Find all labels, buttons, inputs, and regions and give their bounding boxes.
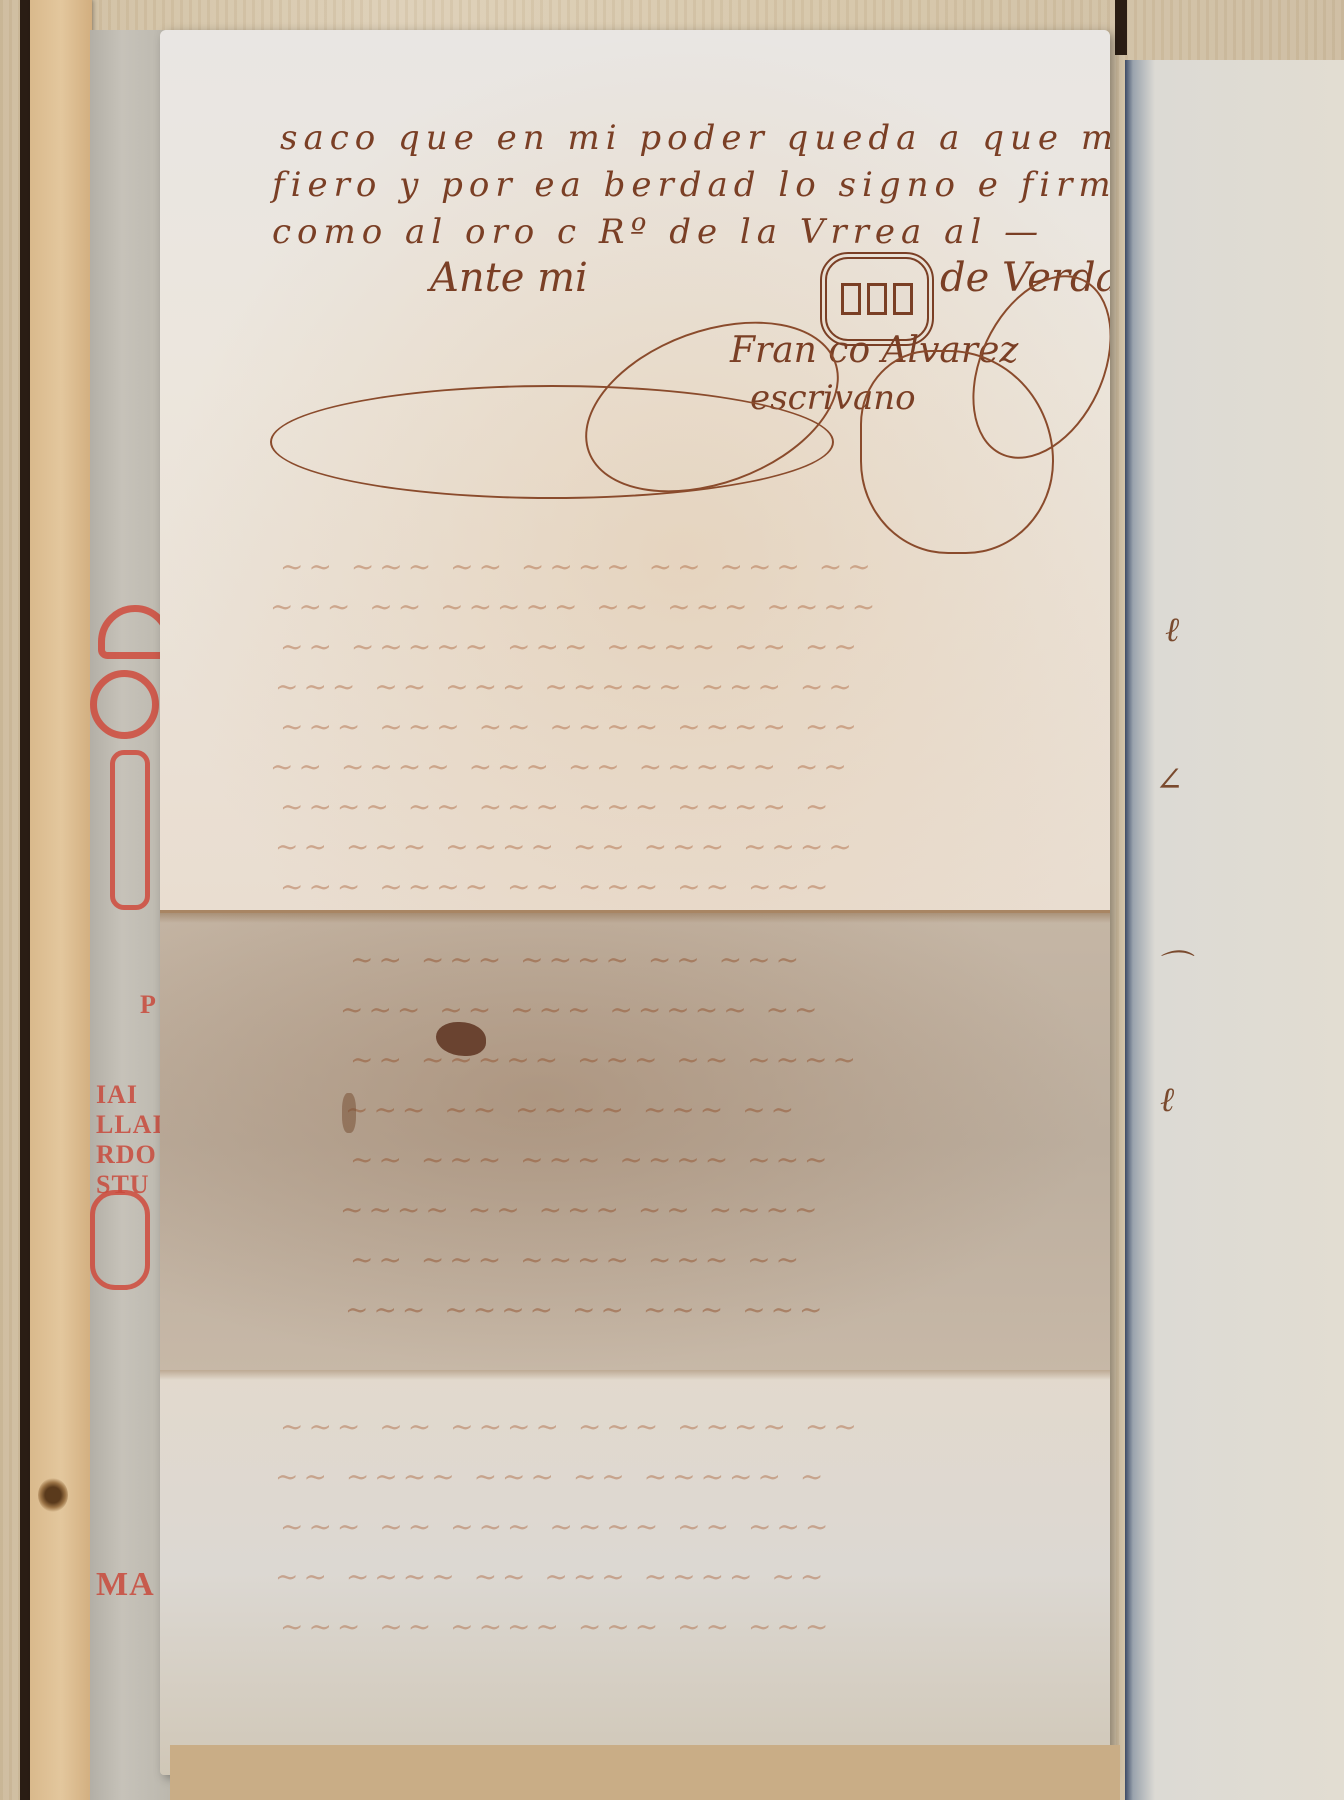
wood-knot (38, 1478, 68, 1512)
faded-text-line: ~~ ~~~~~ ~~~ ~~ ~~~~ (350, 1043, 861, 1076)
under-sheet-edge (170, 1745, 1120, 1800)
scroll-ornament (90, 670, 159, 739)
header-line: fiero y por ea berdad lo signo e firmo (272, 165, 1110, 205)
faded-text-line: ~~~ ~~ ~~~~ ~~~ ~~ (345, 1093, 799, 1126)
adjacent-page-script: ∠ (1155, 760, 1184, 800)
header-line: saco que en mi poder queda a que me rre (280, 118, 1110, 158)
printed-letter: IAI (96, 1080, 138, 1110)
adjacent-page: ℓ ∠ ⌒ ℓ (1125, 60, 1344, 1800)
faded-text-line: ~~~ ~~ ~~~~ ~~~ ~~ ~~~ (280, 1610, 833, 1643)
printed-letter: LLAI (96, 1110, 164, 1140)
adjacent-page-script: ⌒ (1155, 940, 1189, 989)
printed-letter: P (140, 990, 157, 1020)
faded-text-line: ~~ ~~~~ ~~~ ~~ ~~~~~ ~ (275, 1460, 828, 1493)
fold-crease (160, 913, 1110, 923)
faded-text-line: ~~~ ~~ ~~~ ~~~~~ ~~~ ~~ (275, 670, 857, 703)
faded-text-line: ~~ ~~~ ~~~~ ~~~ ~~ (350, 1243, 804, 1276)
garland-ornament (110, 750, 150, 910)
crate-gap (1115, 0, 1127, 55)
faded-text-line: ~~ ~~~ ~~~ ~~~~ ~~~ (350, 1143, 833, 1176)
faded-text-line: ~~ ~~~ ~~~~ ~~ ~~~ ~~~~ (275, 830, 857, 863)
manuscript-folio: saco que en mi poder queda a que me rre … (160, 30, 1110, 1775)
faded-text-line: ~~~ ~~ ~~~~ ~~~ ~~~~ ~~ (280, 1410, 862, 1443)
tassel-ornament (90, 1190, 150, 1290)
wooden-slat (30, 0, 92, 1800)
printed-letter: RDO (96, 1140, 157, 1170)
faded-text-line: ~~ ~~~~~ ~~~ ~~~~ ~~ ~~ (280, 630, 862, 663)
folio-bottom-panel: ~~~ ~~ ~~~~ ~~~ ~~~~ ~~ ~~ ~~~~ ~~~ ~~ ~… (160, 1370, 1110, 1775)
faded-text-line: ~~~ ~~ ~~~~~ ~~ ~~~ ~~~~ (270, 590, 880, 623)
printed-wrapper-strip: P IAI LLAI RDO STU MA (90, 30, 170, 1800)
faded-text-line: ~~~~ ~~ ~~~ ~~ ~~~~ (340, 1193, 823, 1226)
printed-letter: STU (96, 1170, 150, 1200)
faded-text-line: ~~~ ~~~ ~~ ~~~~ ~~~~ ~~ (280, 710, 862, 743)
faded-text-line: ~~ ~~~~ ~~~ ~~ ~~~~~ ~~ (270, 750, 852, 783)
faded-text-line: ~~ ~~~ ~~~~ ~~ ~~~ (350, 943, 804, 976)
faded-text-line: ~~~ ~~ ~~~ ~~~~~ ~~ (340, 993, 823, 1026)
ink-stain (342, 1093, 356, 1133)
faded-text-line: ~~~ ~~~~ ~~ ~~~ ~~~ (345, 1293, 828, 1326)
faded-text-line: ~~ ~~~ ~~ ~~~~ ~~ ~~~ ~~ (280, 550, 876, 583)
faded-text-line: ~~ ~~~~ ~~ ~~~ ~~~~ ~~ (275, 1560, 828, 1593)
folio-middle-panel: ~~ ~~~ ~~~~ ~~ ~~~ ~~~ ~~ ~~~ ~~~~~ ~~ ~… (160, 910, 1110, 1376)
signature-ante-mi: Ante mi (430, 255, 588, 301)
faded-text-line: ~~~~ ~~ ~~~ ~~~ ~~~~ ~ (280, 790, 833, 823)
folio-top-panel: saco que en mi poder queda a que me rre … (160, 30, 1110, 910)
faded-text-line: ~~~ ~~ ~~~ ~~~~ ~~ ~~~ (280, 1510, 833, 1543)
header-line: como al oro c Rº de la Vrrea al — (272, 212, 1044, 252)
fold-crease (160, 1370, 1110, 1380)
faded-text-line: ~~~ ~~~~ ~~ ~~~ ~~ ~~~ (280, 870, 833, 903)
printed-letter: MA (96, 1570, 155, 1600)
adjacent-page-script: ℓ (1165, 610, 1179, 650)
adjacent-page-script: ℓ (1160, 1080, 1174, 1120)
